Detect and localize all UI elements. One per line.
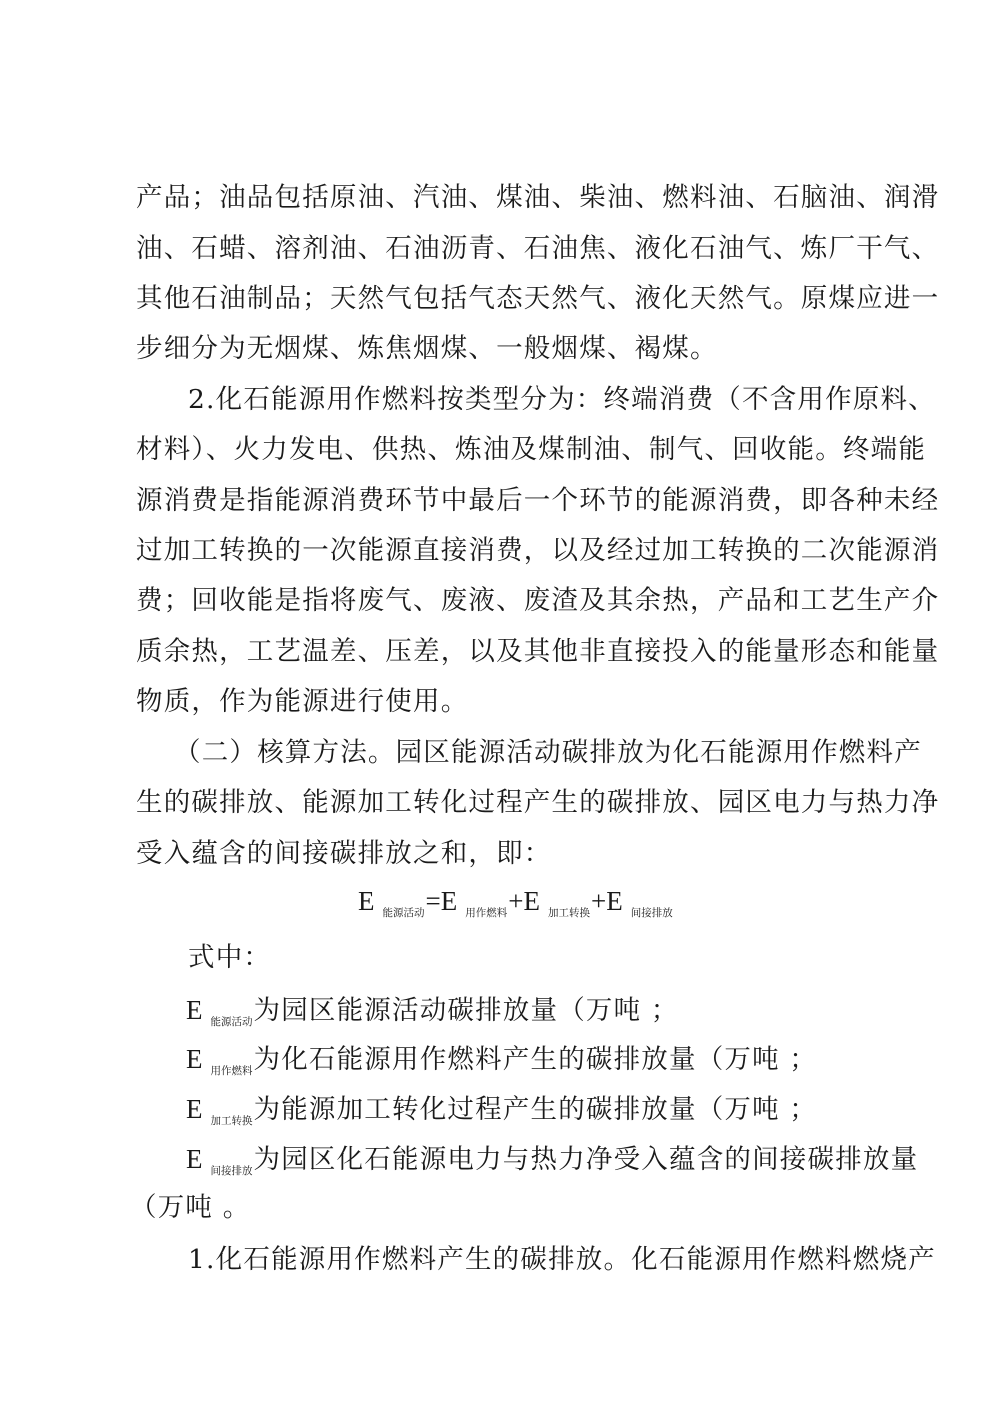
definition-text: 为能源加工转化过程产生的碳排放量（万吨 ； xyxy=(254,1094,818,1125)
paragraph-line: 材料）、火力发电、供热、炼油及煤制油、制气、回收能。终端能 xyxy=(136,430,926,470)
formula-symbol: E xyxy=(186,1144,203,1174)
definition-line: E能源活动为园区能源活动碳排放量（万吨 ； xyxy=(186,990,679,1030)
definition-line: E间接排放为园区化石能源电力与热力净受入蕴含的间接碳排放量 xyxy=(186,1139,918,1179)
formula-symbol: E xyxy=(186,1094,203,1124)
definition-subscript: 能源活动 xyxy=(211,1016,253,1028)
formula-operator: + xyxy=(508,886,523,916)
definition-subscript: 用作燃料 xyxy=(211,1065,253,1077)
definition-line: E用作燃料为化石能源用作燃料产生的碳排放量（万吨 ； xyxy=(186,1039,817,1079)
formula-operator: = xyxy=(426,886,441,916)
formula-subscript: 间接排放 xyxy=(631,907,673,919)
definition-text: 为化石能源用作燃料产生的碳排放量（万吨 ； xyxy=(254,1044,818,1075)
paragraph-line: 费；回收能是指将废气、废液、废渣及其余热，产品和工艺生产介 xyxy=(136,581,939,621)
formula-subscript: 能源活动 xyxy=(383,907,425,919)
formula-symbol: E xyxy=(441,886,458,916)
emission-formula: E能源活动=E用作燃料+E加工转换+E间接排放 xyxy=(358,881,674,921)
paragraph-line: 生的碳排放、能源加工转化过程产生的碳排放、园区电力与热力净 xyxy=(136,783,939,823)
formula-subscript: 用作燃料 xyxy=(465,907,507,919)
paragraph-line: 过加工转换的一次能源直接消费，以及经过加工转换的二次能源消 xyxy=(136,531,939,571)
definition-line: E加工转换为能源加工转化过程产生的碳排放量（万吨 ； xyxy=(186,1089,817,1129)
definition-text: 为园区化石能源电力与热力净受入蕴含的间接碳排放量 xyxy=(254,1144,919,1175)
section-heading-line: 1.化石能源用作燃料产生的碳排放。化石能源用作燃料燃烧产 xyxy=(188,1240,936,1280)
formula-symbol: E xyxy=(606,886,623,916)
paragraph-line: 2.化石能源用作燃料按类型分为：终端消费（不含用作原料、 xyxy=(188,380,936,420)
where-label: 式中： xyxy=(188,938,271,978)
section-heading-line: （二）核算方法。园区能源活动碳排放为化石能源用作燃料产 xyxy=(174,733,922,773)
paragraph-line: 油、石蜡、溶剂油、石油沥青、石油焦、液化石油气、炼厂干气、 xyxy=(136,229,939,269)
formula-subscript: 加工转换 xyxy=(548,907,590,919)
paragraph-line: 产品；油品包括原油、汽油、煤油、柴油、燃料油、石脑油、润滑 xyxy=(136,178,939,218)
formula-symbol: E xyxy=(523,886,540,916)
paragraph-line: 受入蕴含的间接碳排放之和，即： xyxy=(136,834,552,874)
formula-symbol: E xyxy=(358,886,375,916)
paragraph-line: 其他石油制品；天然气包括气态天然气、液化天然气。原煤应进一 xyxy=(136,279,939,319)
paragraph-line: 质余热，工艺温差、压差，以及其他非直接投入的能量形态和能量 xyxy=(136,632,939,672)
definition-tail: （万吨 。 xyxy=(130,1188,250,1228)
definition-text: 为园区能源活动碳排放量（万吨 ； xyxy=(254,995,679,1026)
formula-symbol: E xyxy=(186,1044,203,1074)
definition-subscript: 加工转换 xyxy=(211,1115,253,1127)
formula-operator: + xyxy=(591,886,606,916)
paragraph-line: 源消费是指能源消费环节中最后一个环节的能源消费，即各种未经 xyxy=(136,481,939,521)
paragraph-line: 步细分为无烟煤、炼焦烟煤、一般烟煤、褐煤。 xyxy=(136,329,718,369)
definition-subscript: 间接排放 xyxy=(211,1165,253,1177)
formula-symbol: E xyxy=(186,995,203,1025)
paragraph-line: 物质，作为能源进行使用。 xyxy=(136,682,468,722)
